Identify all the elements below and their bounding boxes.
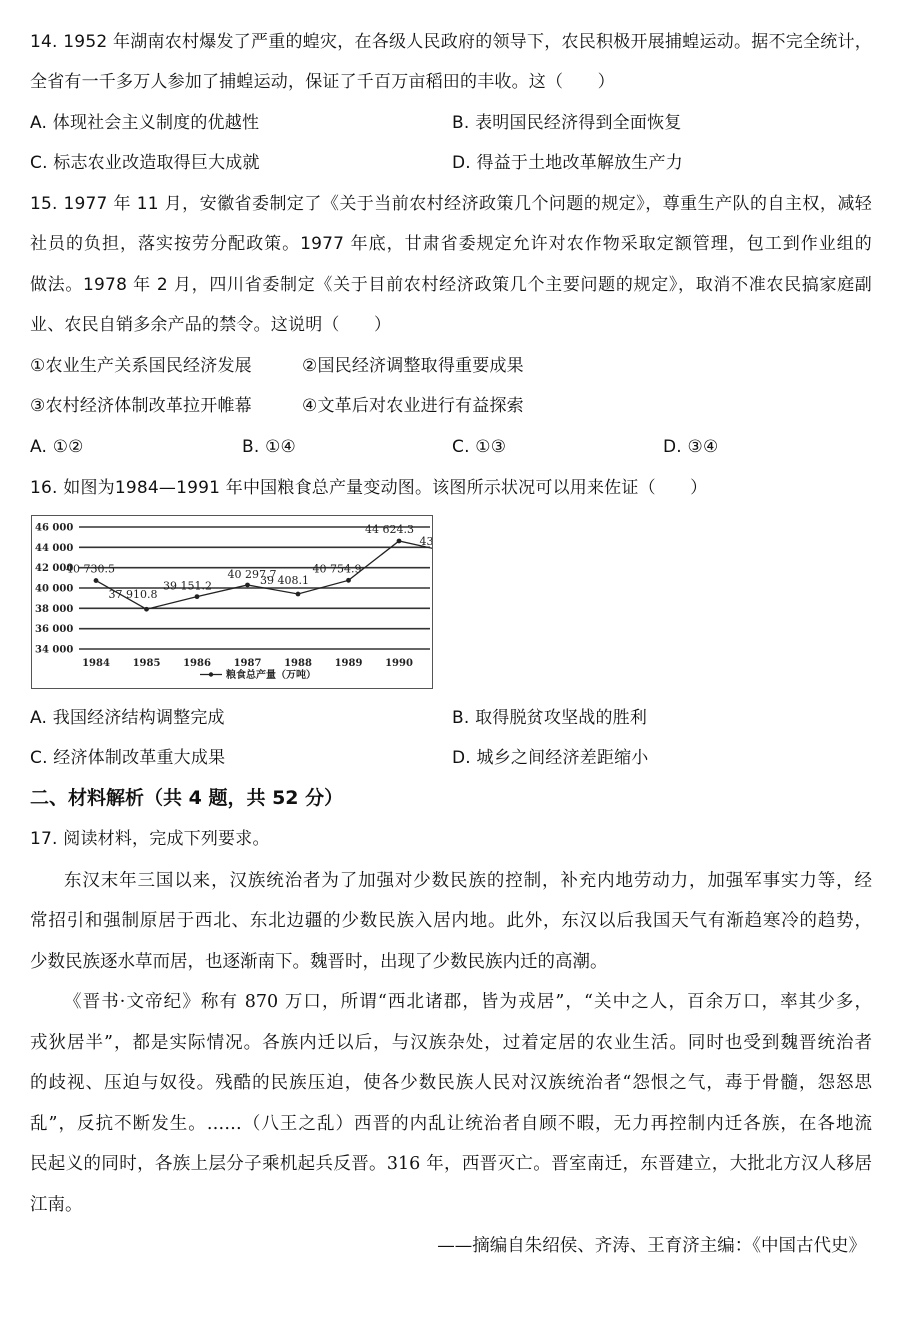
q14-option-b[interactable]: B. 表明国民经济得到全面恢复 [452, 112, 681, 134]
q17-para1-line-1: 东汉末年三国以来，汉族统治者为了加强对少数民族的控制，补充内地劳动力，加强军事实… [64, 870, 872, 892]
q15-stem-line-3: 做法。1978 年 2 月，四川省委制定《关于目前农村经济政策几个主要问题的规定… [30, 274, 872, 296]
x-tick-label: 1989 [335, 658, 363, 669]
y-tick-label: 36 000 [35, 624, 73, 635]
q16-option-b[interactable]: B. 取得脱贫攻坚战的胜利 [452, 707, 647, 729]
y-tick-label: 38 000 [35, 604, 73, 615]
q17-stem: 17. 阅读材料，完成下列要求。 [30, 828, 270, 850]
q17-para2-line-1: 《晋书·文帝纪》称有 870 万口，所谓“西北诸郡，皆为戎居”，“关中之人，百余… [64, 991, 872, 1013]
q15-stem-line-4: 业、农民自销多余产品的禁令。这说明（ ） [30, 314, 391, 336]
data-label: 39 151.2 [163, 580, 212, 593]
q15-option-d[interactable]: D. ③④ [663, 436, 718, 458]
q15-stem-line-1: 15. 1977 年 11 月，安徽省委制定了《关于当前农村经济政策几个问题的规… [30, 193, 872, 215]
data-label: 39 408.1 [260, 574, 309, 587]
x-tick-label: 1987 [234, 658, 262, 669]
q17-para1-line-2: 常招引和强制原居于西北、东北边疆的少数民族入居内地。此外，东汉以后我国天气有渐趋… [30, 910, 872, 932]
q16-option-c[interactable]: C. 经济体制改革重大成果 [30, 747, 225, 769]
q17-para2-line-4: 乱”，反抗不断发生。……（八王之乱）西晋的内乱让统治者自顾不暇，无力再控制内迁各… [30, 1113, 872, 1135]
x-tick-label: 1988 [284, 658, 312, 669]
q15-option-c[interactable]: C. ①③ [452, 436, 506, 458]
q14-stem-line-1: 14. 1952 年湖南农村爆发了严重的蝗灾，在各级人民政府的领导下，农民积极开… [30, 31, 872, 53]
x-tick-label: 1990 [385, 658, 413, 669]
data-label: 44 624.3 [365, 523, 414, 536]
data-point [397, 539, 402, 544]
data-point [296, 592, 301, 597]
q16-option-a[interactable]: A. 我国经济结构调整完成 [30, 707, 225, 729]
y-tick-label: 34 000 [35, 645, 73, 656]
x-tick-label: 1985 [133, 658, 161, 669]
q15-statement-1: ①农业生产关系国民经济发展 [30, 355, 252, 377]
data-label: 40 730.5 [66, 563, 115, 576]
q17-para2-line-6: 江南。 [30, 1194, 83, 1216]
chart-canvas: 34 00036 00038 00040 00042 00044 00046 0… [32, 516, 432, 688]
data-label: 37 910.8 [109, 588, 158, 601]
q15-stem-line-2: 社员的负担，落实按劳分配政策。1977 年底，甘肃省委规定允许对农作物采取定额管… [30, 233, 872, 255]
q16-stem: 16. 如图为1984—1991 年中国粮食总产量变动图。该图所示状况可以用来佐… [30, 477, 707, 499]
legend-label: 粮食总产量（万吨） [226, 668, 316, 681]
y-tick-label: 44 000 [35, 543, 73, 554]
q14-option-c[interactable]: C. 标志农业改造取得巨大成就 [30, 152, 260, 174]
y-tick-label: 40 000 [35, 584, 73, 595]
section-heading: 二、材料解析（共 4 题，共 52 分） [30, 787, 343, 809]
grain-output-line-chart: 34 00036 00038 00040 00042 00044 00046 0… [31, 515, 433, 689]
data-point [346, 578, 351, 583]
q17-source-citation: ——摘编自朱绍侯、齐涛、王育济主编：《中国古代史》 [437, 1235, 866, 1257]
data-label: 40 754.9 [313, 562, 362, 575]
data-label: 43 529.3 [420, 535, 433, 548]
y-tick-label: 46 000 [35, 523, 73, 534]
q17-para2-line-3: 的歧视、压迫与奴役。残酷的民族压迫，使各少数民族人民对汉族统治者“怨恨之气，毒于… [30, 1072, 872, 1094]
data-point [94, 578, 99, 583]
legend-marker-icon [209, 672, 213, 676]
q16-option-d[interactable]: D. 城乡之间经济差距缩小 [452, 747, 649, 769]
q17-para2-line-2: 戎狄居半”，都是实际情况。各族内迁以后，与汉族杂处，过着定居的农业生活。同时也受… [30, 1032, 872, 1054]
x-tick-label: 1984 [82, 658, 110, 669]
q14-option-a[interactable]: A. 体现社会主义制度的优越性 [30, 112, 259, 134]
q15-option-b[interactable]: B. ①④ [242, 436, 296, 458]
data-point [195, 594, 200, 599]
data-point [245, 583, 250, 588]
q15-option-a[interactable]: A. ①② [30, 436, 84, 458]
q15-statement-3: ③农村经济体制改革拉开帷幕 [30, 395, 252, 417]
q17-para2-line-5: 民起义的同时，各族上层分子乘机起兵反晋。316 年，西晋灭亡。晋室南迁，东晋建立… [30, 1153, 872, 1175]
data-point [144, 607, 149, 612]
q17-para1-line-3: 少数民族逐水草而居，也逐渐南下。魏晋时，出现了少数民族内迁的高潮。 [30, 951, 608, 973]
q15-statement-2: ②国民经济调整取得重要成果 [302, 355, 524, 377]
q14-option-d[interactable]: D. 得益于土地改革解放生产力 [452, 152, 683, 174]
q15-statement-4: ④文革后对农业进行有益探索 [302, 395, 524, 417]
q14-stem-line-2: 全省有一千多万人参加了捕蝗运动，保证了千百万亩稻田的丰收。这（ ） [30, 71, 615, 93]
x-tick-label: 1986 [183, 658, 211, 669]
